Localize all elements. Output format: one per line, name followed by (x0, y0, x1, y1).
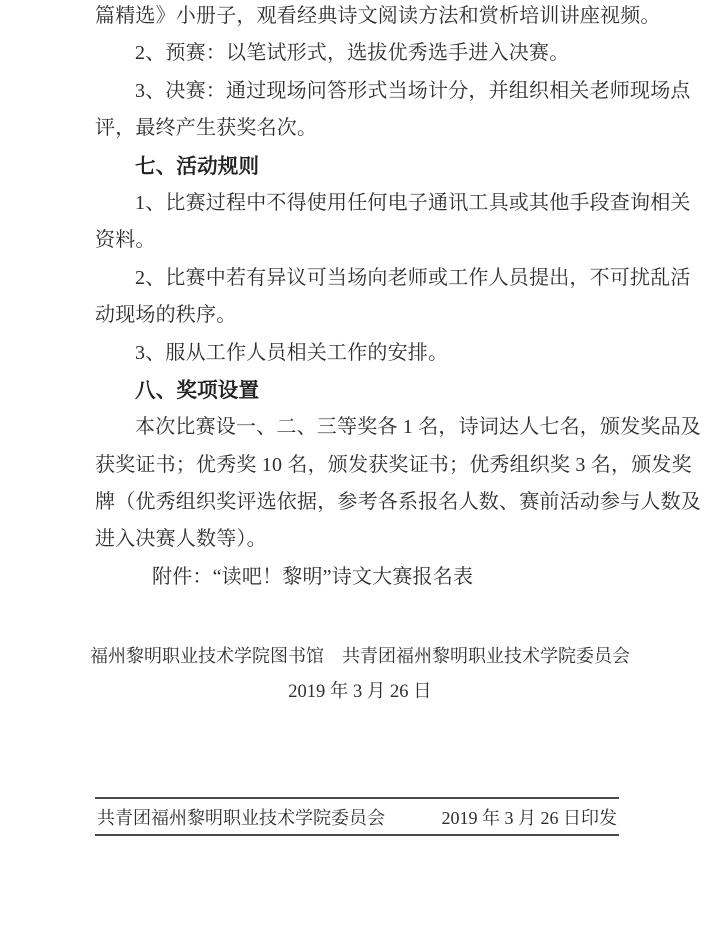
document-page: 篇精选》小册子，观看经典诗文阅读方法和赏析培训讲座视频。2、预赛：以笔试形式，选… (0, 0, 720, 927)
text-line: 2、预赛：以笔试形式，选拔优秀选手进入决赛。 (95, 35, 640, 72)
colophon-print-date: 2019 年 3 月 26 日印发 (442, 804, 618, 830)
section-heading: 七、活动规则 (95, 148, 640, 185)
text-line: 本次比赛设一、二、三等奖各 1 名，诗词达人七名，颁发奖品及 (95, 409, 640, 446)
text-line: 2、比赛中若有异议可当场向老师或工作人员提出，不可扰乱活 (95, 260, 640, 297)
text-line: 附件：“读吧！黎明”诗文大赛报名表 (95, 559, 640, 596)
section-heading: 八、奖项设置 (95, 372, 640, 409)
colophon-issuer: 共青团福州黎明职业技术学院委员会 (97, 804, 385, 830)
text-line: 进入决赛人数等）。 (95, 521, 640, 558)
text-line: 动现场的秩序。 (95, 297, 640, 334)
text-line: 评，最终产生获奖名次。 (95, 110, 640, 147)
text-line: 3、决赛：通过现场问答形式当场计分，并组织相关老师现场点 (95, 73, 640, 110)
text-line: 牌（优秀组织奖评选依据，参考各系报名人数、赛前活动参与人数及 (95, 484, 640, 521)
signature-date: 2019 年 3 月 26 日 (0, 674, 720, 711)
text-line: 资料。 (95, 222, 640, 259)
text-line: 获奖证书；优秀奖 10 名，颁发获奖证书；优秀组织奖 3 名，颁发奖 (95, 447, 640, 484)
colophon: 共青团福州黎明职业技术学院委员会 2019 年 3 月 26 日印发 (95, 797, 619, 836)
text-line: 篇精选》小册子，观看经典诗文阅读方法和赏析培训讲座视频。 (95, 0, 640, 35)
text-line: 3、服从工作人员相关工作的安排。 (95, 335, 640, 372)
text-line: 1、比赛过程中不得使用任何电子通讯工具或其他手段查询相关 (95, 185, 640, 222)
signature-issuers: 福州黎明职业技术学院图书馆 共青团福州黎明职业技术学院委员会 (0, 638, 720, 675)
document-body: 篇精选》小册子，观看经典诗文阅读方法和赏析培训讲座视频。2、预赛：以笔试形式，选… (95, 0, 640, 596)
